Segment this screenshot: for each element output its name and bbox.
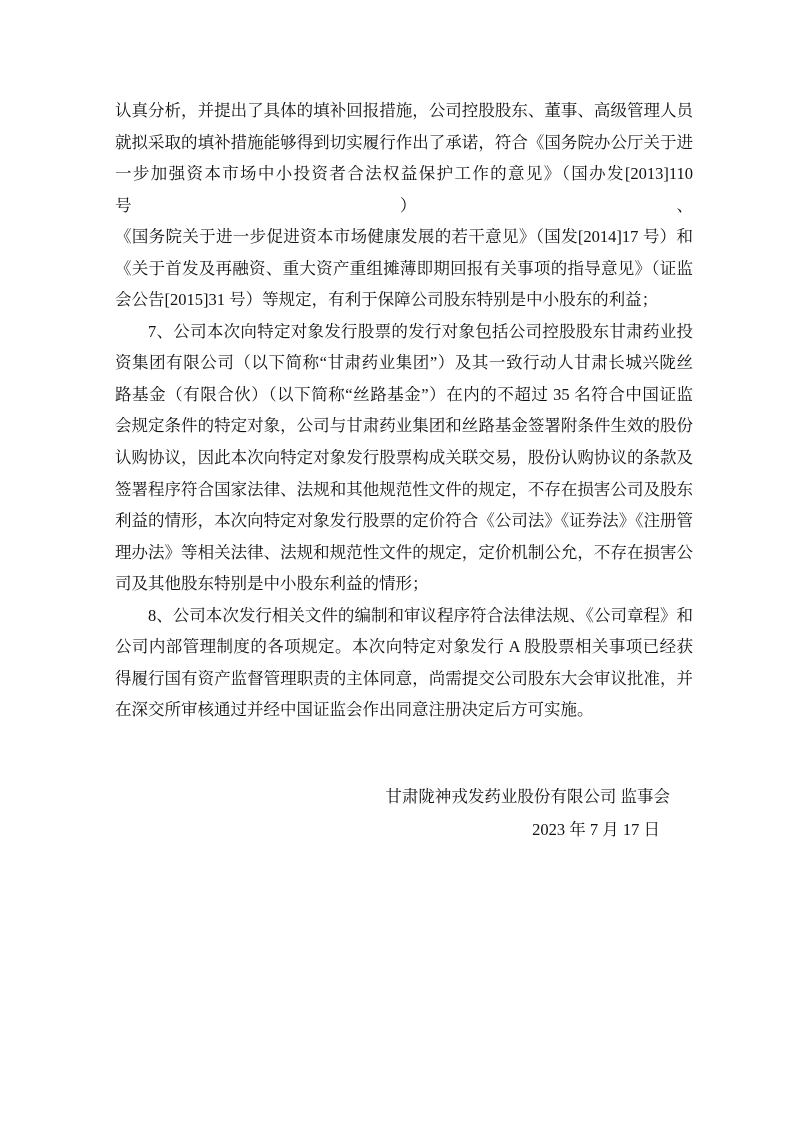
text-line: 《国务院关于进一步促进资本市场健康发展的若干意见》（国发[2014]17 号）和	[115, 221, 693, 253]
paragraph-7: 7、公司本次向特定对象发行股票的发行对象包括公司控股股东甘肃药业投资集团有限公司…	[115, 316, 693, 600]
text-line: 签署程序符合国家法律、法规和其他规范性文件的规定，不存在损害公司及股东	[115, 474, 693, 506]
text-line: 资集团有限公司（以下简称“甘肃药业集团”）及其一致行动人甘肃长城兴陇丝	[115, 347, 693, 379]
text-line: 就拟采取的填补措施能够得到切实履行作出了承诺，符合《国务院办公厅关于进	[115, 127, 693, 159]
paragraph-8: 8、公司本次发行相关文件的编制和审议程序符合法律法规、《公司章程》和公司内部管理…	[115, 600, 693, 726]
text-line: 利益的情形，本次向特定对象发行股票的定价符合《公司法》《证券法》《注册管	[115, 505, 693, 537]
text-line: 在深交所审核通过并经中国证监会作出同意注册决定后方可实施。	[115, 694, 693, 726]
text-line: 会公告[2015]31 号）等规定，有利于保障公司股东特别是中小股东的利益；	[115, 284, 693, 316]
text-line: 一步加强资本市场中小投资者合法权益保护工作的意见》（国办发[2013]110 号…	[115, 158, 693, 221]
text-line: 8、公司本次发行相关文件的编制和审议程序符合法律法规、《公司章程》和	[115, 600, 693, 632]
signature-date: 2023 年 7 月 17 日	[115, 814, 693, 846]
paragraphs-container: 认真分析，并提出了具体的填补回报措施，公司控股股东、董事、高级管理人员就拟采取的…	[115, 95, 693, 726]
signature-company: 甘肃陇神戎发药业股份有限公司 监事会	[115, 781, 693, 813]
text-line: 认真分析，并提出了具体的填补回报措施，公司控股股东、董事、高级管理人员	[115, 95, 693, 127]
text-block: 认真分析，并提出了具体的填补回报措施，公司控股股东、董事、高级管理人员就拟采取的…	[115, 95, 693, 846]
text-line: 7、公司本次向特定对象发行股票的发行对象包括公司控股股东甘肃药业投	[115, 316, 693, 348]
text-line: 认购协议，因此本次向特定对象发行股票构成关联交易，股份认购协议的条款及	[115, 442, 693, 474]
text-line: 得履行国有资产监督管理职责的主体同意，尚需提交公司股东大会审议批准，并	[115, 663, 693, 695]
text-line: 《关于首发及再融资、重大资产重组摊薄即期回报有关事项的指导意见》（证监	[115, 253, 693, 285]
text-line: 会规定条件的特定对象，公司与甘肃药业集团和丝路基金签署附条件生效的股份	[115, 410, 693, 442]
signature-block: 甘肃陇神戎发药业股份有限公司 监事会 2023 年 7 月 17 日	[115, 781, 693, 846]
text-line: 理办法》等相关法律、法规和规范性文件的规定，定价机制公允，不存在损害公	[115, 537, 693, 569]
text-line: 路基金（有限合伙）（以下简称“丝路基金”）在内的不超过 35 名符合中国证监	[115, 379, 693, 411]
text-line: 司及其他股东特别是中小股东利益的情形；	[115, 568, 693, 600]
text-line: 公司内部管理制度的各项规定。本次向特定对象发行 A 股股票相关事项已经获	[115, 631, 693, 663]
paragraph-continuation: 认真分析，并提出了具体的填补回报措施，公司控股股东、董事、高级管理人员就拟采取的…	[115, 95, 693, 316]
document-page: 认真分析，并提出了具体的填补回报措施，公司控股股东、董事、高级管理人员就拟采取的…	[0, 0, 793, 1122]
